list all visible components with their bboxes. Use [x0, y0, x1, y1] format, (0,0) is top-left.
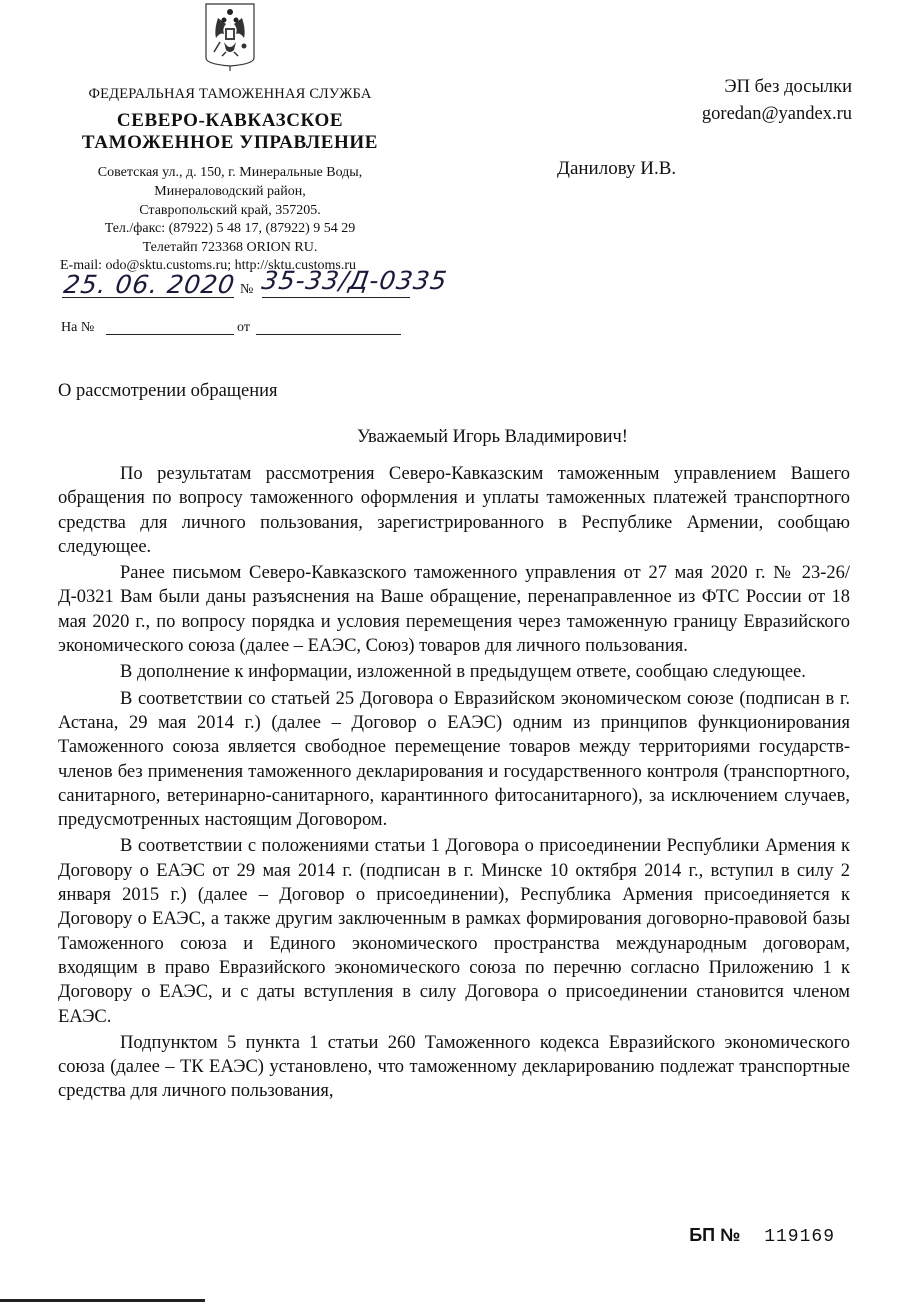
form-number: БП №119169	[689, 1225, 835, 1247]
ref-date-label: от	[237, 320, 250, 336]
form-number-label: БП №	[689, 1225, 740, 1245]
paragraph: Ранее письмом Северо-Кавказского таможен…	[58, 561, 850, 658]
russian-coat-of-arms-icon	[204, 2, 256, 72]
org-name-line2: ТАМОЖЕННОЕ УПРАВЛЕНИЕ	[55, 132, 405, 154]
delivery-note: ЭП без досылки	[724, 77, 852, 98]
number-label: №	[240, 282, 253, 298]
paragraph: В дополнение к информации, изложенной в …	[58, 660, 850, 684]
paragraph: По результатам рассмотрения Северо-Кавка…	[58, 462, 850, 559]
teletype-line: Телетайп 723368 ORION RU.	[55, 238, 405, 257]
recipient-name: Данилову И.В.	[557, 158, 676, 180]
handwritten-reg-number: 35-33/Д-0335	[260, 266, 449, 295]
phone-fax-line: Тел./факс: (87922) 5 48 17, (87922) 9 54…	[55, 219, 405, 238]
scan-edge-line	[0, 1299, 205, 1302]
paragraph: В соответствии со статьей 25 Договора о …	[58, 687, 850, 833]
address-line: Ставропольский край, 357205.	[55, 201, 405, 220]
form-number-value: 119169	[764, 1227, 835, 1247]
recipient-email: goredan@yandex.ru	[702, 104, 852, 125]
ref-date-blank	[256, 334, 401, 335]
address-line: Минераловодский район,	[55, 182, 405, 201]
paragraph: Подпунктом 5 пункта 1 статьи 260 Таможен…	[58, 1031, 850, 1104]
paragraph: В соответствии с положениями статьи 1 До…	[58, 834, 850, 1028]
salutation: Уважаемый Игорь Владимирович!	[0, 427, 905, 448]
letter-body: По результатам рассмотрения Северо-Кавка…	[58, 462, 850, 1106]
letter-subject: О рассмотрении обращения	[58, 381, 278, 402]
org-name-line1: СЕВЕРО-КАВКАЗСКОЕ	[55, 110, 405, 132]
number-underline	[262, 297, 410, 298]
ref-number-blank	[106, 334, 234, 335]
address-line: Советская ул., д. 150, г. Минеральные Во…	[55, 163, 405, 182]
ref-number-label: На №	[61, 320, 94, 336]
handwritten-date: 25. 06. 2020	[62, 270, 237, 299]
service-name: ФЕДЕРАЛЬНАЯ ТАМОЖЕННАЯ СЛУЖБА	[55, 86, 405, 103]
